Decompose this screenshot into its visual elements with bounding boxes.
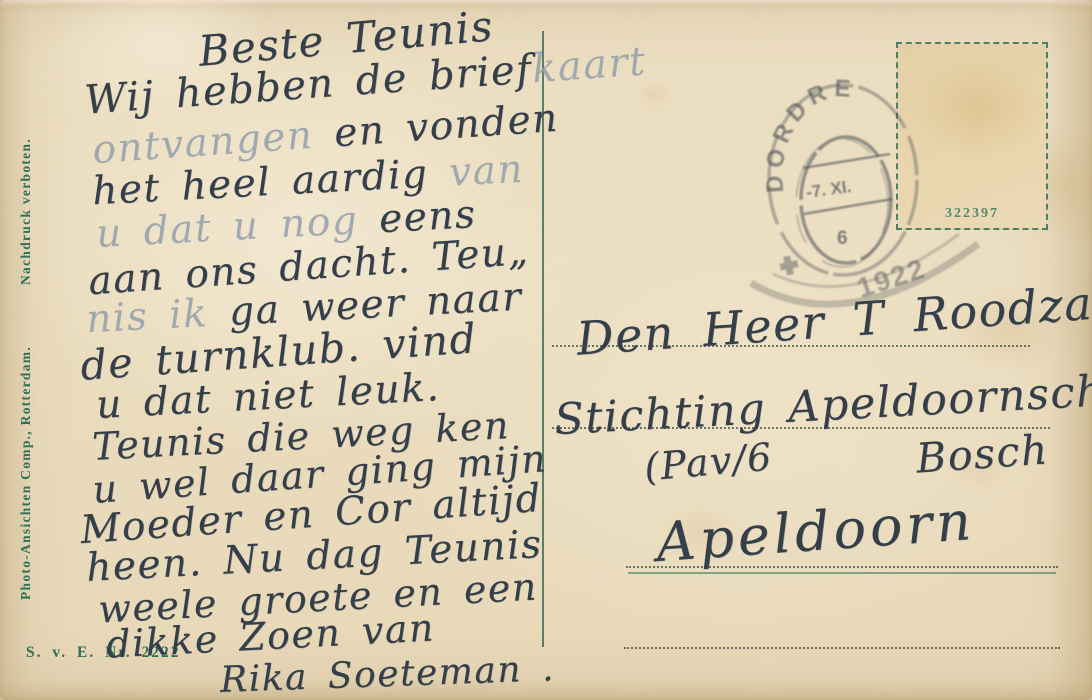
message-segment-faded: kaart [531,38,649,92]
address-line-pavilion: (Pav/6 [642,434,774,489]
address-line-city: Apeldoorn [654,489,977,574]
postmark-hour: 6 [837,228,848,249]
address-pavilion: (Pav/6 [642,434,774,489]
postmark-group: DORDRE -7. XI. 6 1922 [751,75,978,304]
postcard: Photo-Ansichten Comp., Rotterdam. Nachdr… [0,0,1092,700]
address-bosch: Bosch [914,425,1050,482]
postmark-upper-chord [803,154,890,168]
postmark-date: -7. XI. [805,177,853,202]
address-rule-4 [624,647,1060,649]
postmark-cross-icon [778,254,800,276]
postmark-lower-chord [804,199,892,214]
publisher-imprint: Photo-Ansichten Comp., Rotterdam. [18,346,34,600]
address-rule-3-green [628,572,1056,574]
copyright-imprint: Nachdruck verboten. [18,138,34,285]
address-line-bosch: Bosch [914,425,1050,482]
message-segment-faded: van [448,147,525,196]
postmark-town-textpath: DORDRE [761,75,857,193]
address-city: Apeldoorn [654,489,977,574]
postmark-town-text: DORDRE [761,75,857,193]
